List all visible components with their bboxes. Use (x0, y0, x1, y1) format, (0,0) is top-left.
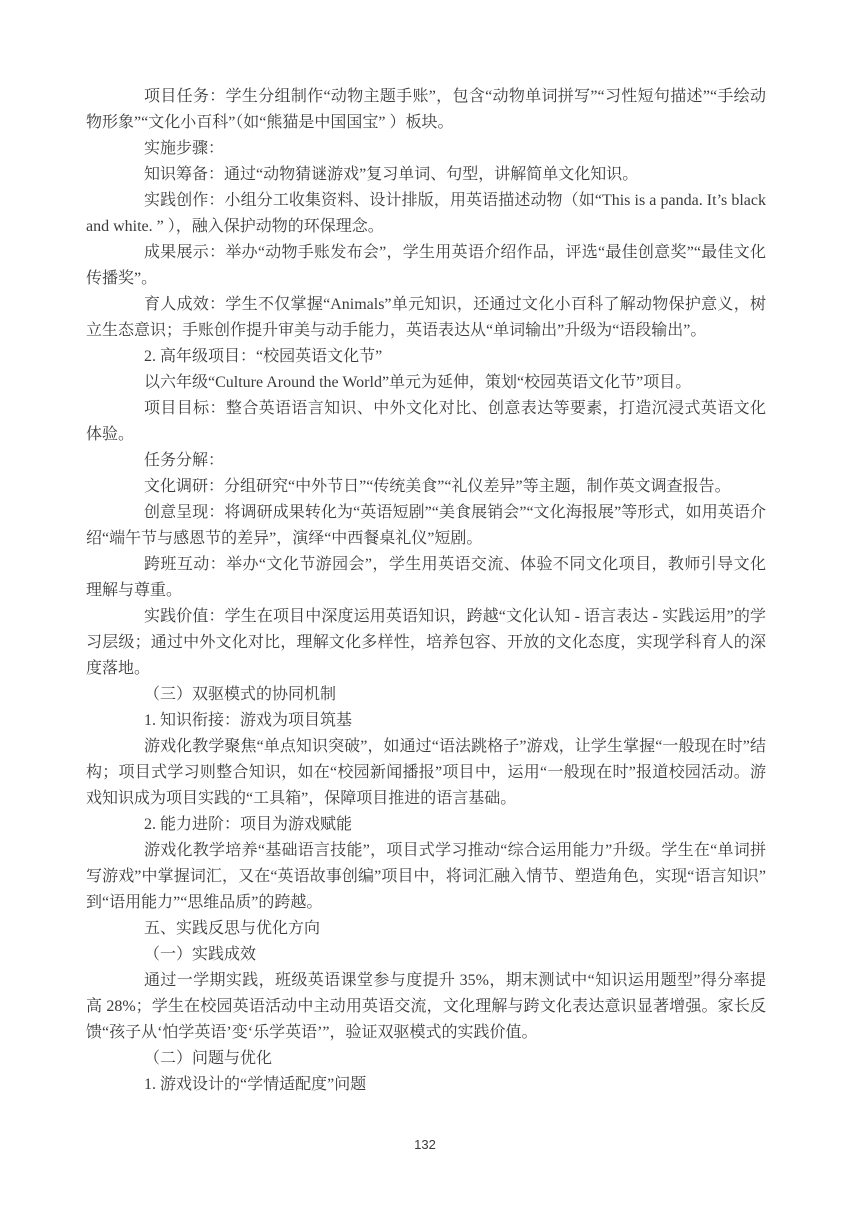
heading-ability-advancement: 2. 能力进阶：项目为游戏赋能 (86, 812, 766, 838)
paragraph-creative-presentation: 创意呈现：将调研成果转化为“英语短剧”“美食展销会”“文化海报展”等形式，如用英… (86, 500, 766, 552)
paragraph-gamified-teaching-focus: 游戏化教学聚焦“单点知识突破”，如通过“语法跳格子”游戏，让学生掌握“一般现在时… (86, 734, 766, 812)
paragraph-culture-unit-extension: 以六年级“Culture Around the World”单元为延伸，策划“校… (86, 370, 766, 396)
document-page: 项目任务：学生分组制作“动物主题手账”，包含“动物单词拼写”“习性短句描述”“手… (0, 0, 850, 1205)
paragraph-gamified-teaching-skills: 游戏化教学培养“基础语言技能”，项目式学习推动“综合运用能力”升级。学生在“单词… (86, 838, 766, 916)
paragraph-project-task: 项目任务：学生分组制作“动物主题手账”，包含“动物单词拼写”“习性短句描述”“手… (86, 84, 766, 136)
paragraph-practice-creation: 实践创作：小组分工收集资料、设计排版，用英语描述动物（如“This is a p… (86, 188, 766, 240)
paragraph-practice-value: 实践价值：学生在项目中深度运用英语知识，跨越“文化认知 - 语言表达 - 实践运… (86, 604, 766, 682)
paragraph-task-breakdown-heading: 任务分解： (86, 448, 766, 474)
paragraph-cross-class-interaction: 跨班互动：举办“文化节游园会”，学生用英语交流、体验不同文化项目，教师引导文化理… (86, 552, 766, 604)
heading-game-design-fit-problem: 1. 游戏设计的“学情适配度”问题 (86, 1072, 766, 1098)
page-number: 132 (0, 1136, 850, 1154)
heading-senior-grade-project: 2. 高年级项目：“校园英语文化节” (86, 344, 766, 370)
heading-practice-results: （一）实践成效 (86, 942, 766, 968)
paragraph-results-presentation: 成果展示：举办“动物手账发布会”，学生用英语介绍作品，评选“最佳创意奖”“最佳文… (86, 240, 766, 292)
paragraph-knowledge-preparation: 知识筹备：通过“动物猜谜游戏”复习单词、句型，讲解简单文化知识。 (86, 162, 766, 188)
heading-section-five-reflection: 五、实践反思与优化方向 (86, 916, 766, 942)
paragraph-implementation-steps-heading: 实施步骤： (86, 136, 766, 162)
paragraph-culture-research: 文化调研：分组研究“中外节日”“传统美食”“礼仪差异”等主题，制作英文调查报告。 (86, 474, 766, 500)
paragraph-project-goal: 项目目标：整合英语语言知识、中外文化对比、创意表达等要素，打造沉浸式英语文化体验… (86, 396, 766, 448)
heading-knowledge-connection: 1. 知识衔接：游戏为项目筑基 (86, 708, 766, 734)
document-text-body: 项目任务：学生分组制作“动物主题手账”，包含“动物单词拼写”“习性短句描述”“手… (86, 84, 766, 1098)
heading-section-three-dual-drive: （三）双驱模式的协同机制 (86, 682, 766, 708)
paragraph-education-outcome: 育人成效：学生不仅掌握“Animals”单元知识，还通过文化小百科了解动物保护意… (86, 292, 766, 344)
paragraph-semester-practice-results: 通过一学期实践，班级英语课堂参与度提升 35%，期末测试中“知识运用题型”得分率… (86, 968, 766, 1046)
heading-problems-optimization: （二）问题与优化 (86, 1046, 766, 1072)
